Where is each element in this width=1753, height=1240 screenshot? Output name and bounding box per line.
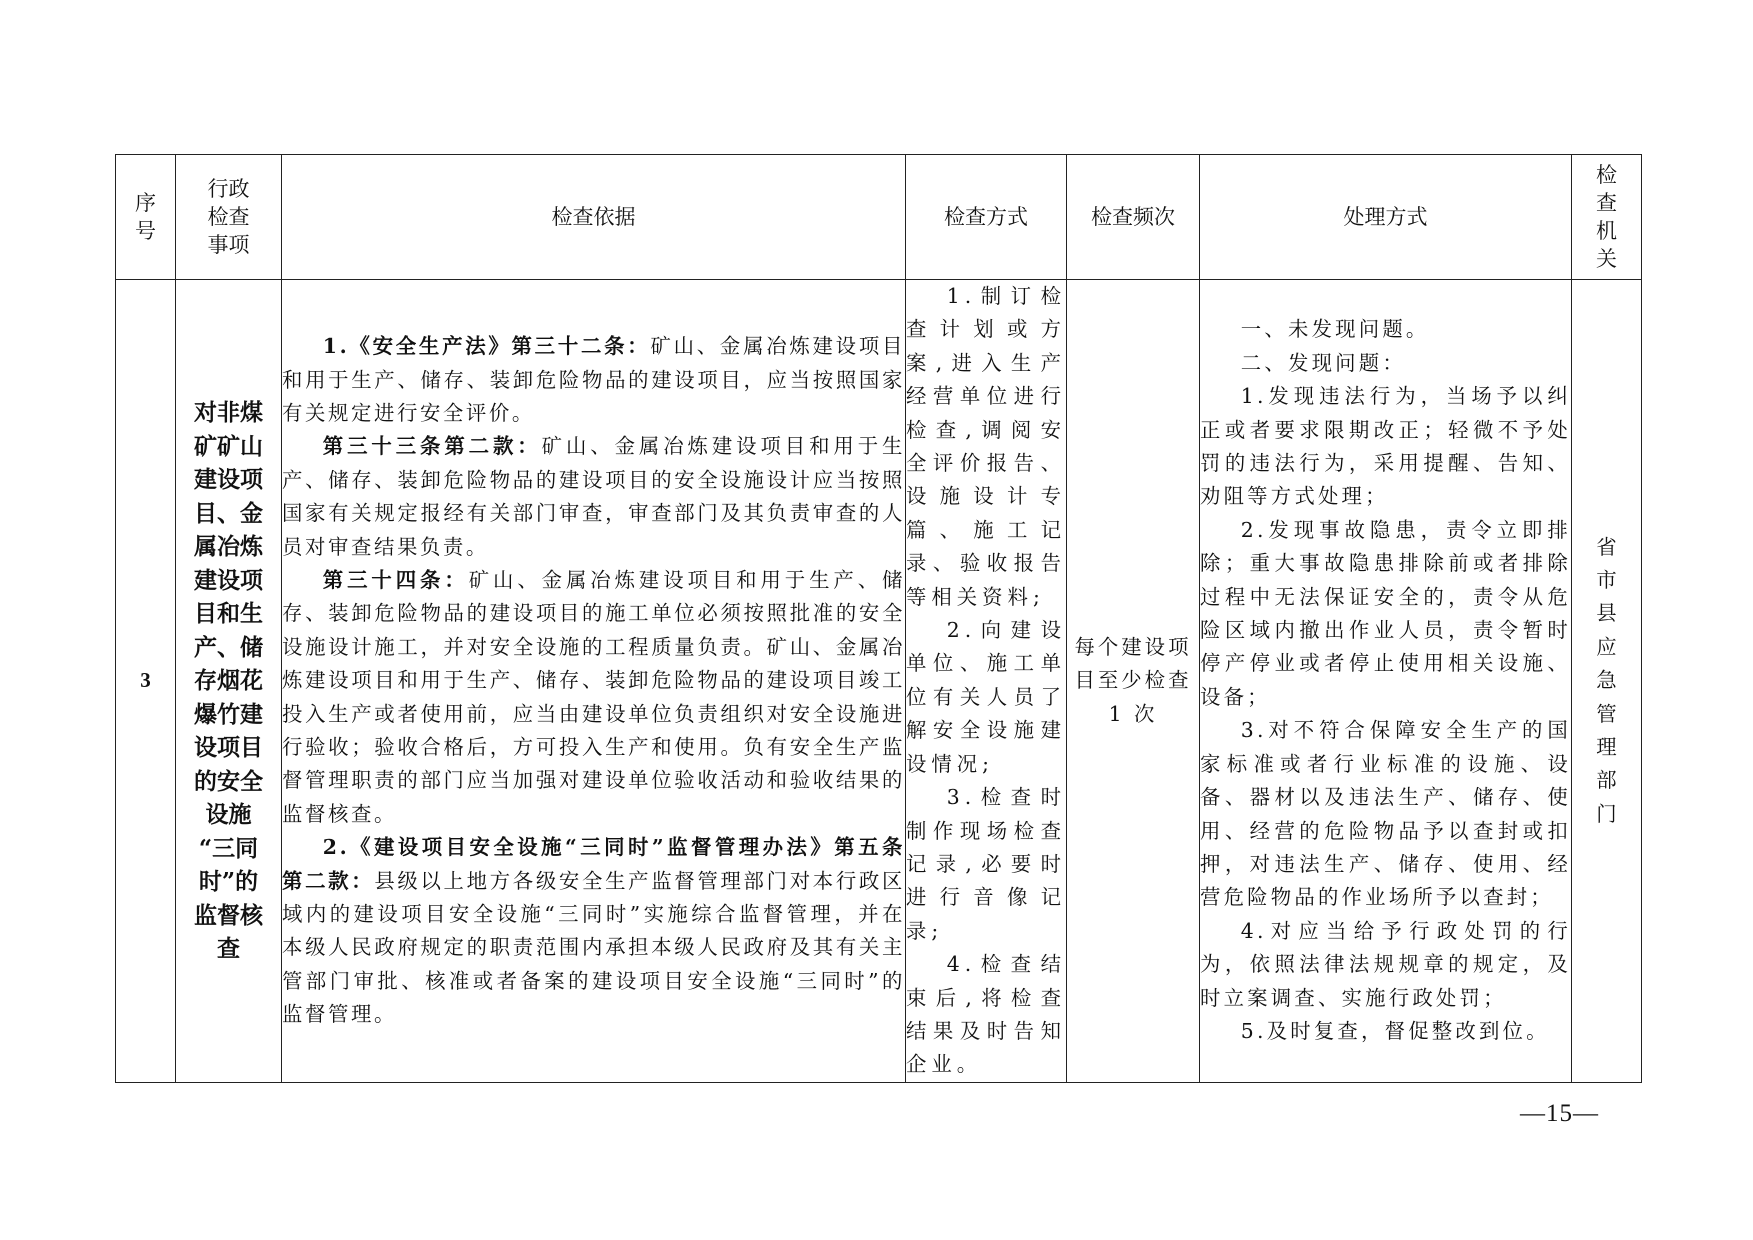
handling-line: 1.发现违法行为，当场予以纠正或者要求限期改正；轻微不予处罚的违法行为，采用提醒… [1200, 380, 1571, 514]
handling-line: 2.发现事故隐患，责令立即排除；重大事故隐患排除前或者排除过程中无法保证安全的，… [1200, 514, 1571, 714]
handling-line: 一、未发现问题。 [1200, 313, 1571, 346]
method-step: 3.检查时制作现场检查记录,必要时进行音像记录; [906, 781, 1066, 948]
basis-paragraph: 第三十四条：矿山、金属冶炼建设项目和用于生产、储存、装卸危险物品的建设项目的施工… [282, 564, 905, 831]
handling-line: 二、发现问题： [1200, 347, 1571, 380]
cell-item: 对非煤 矿矿山 建设项 目、金 属冶炼 建设项 目和生 产、储 存烟花 爆竹建 … [176, 280, 282, 1083]
header-frequency: 检查频次 [1067, 155, 1200, 280]
header-seq: 序 号 [116, 155, 176, 280]
header-agency: 检 查 机 关 [1572, 155, 1642, 280]
cell-method: 1.制订检查计划或方案,进入生产经营单位进行检查,调阅安全评价报告、设施设计专篇… [906, 280, 1067, 1083]
cell-agency: 省 市 县 应 急 管 理 部 门 [1572, 280, 1642, 1083]
method-step: 2.向建设单位、施工单位有关人员了解安全设施建设情况; [906, 614, 1066, 781]
cell-basis: 1.《安全生产法》第三十二条：矿山、金属冶炼建设项目和用于生产、储存、装卸危险物… [282, 280, 906, 1083]
inspection-table: 序 号 行政 检查 事项 检查依据 检查方式 检查频次 处理方式 检 查 机 关… [115, 154, 1642, 1083]
handling-line: 3.对不符合保障安全生产的国家标准或者行业标准的设施、设备、器材以及违法生产、储… [1200, 714, 1571, 914]
header-method: 检查方式 [906, 155, 1067, 280]
handling-line: 4.对应当给予行政处罚的行为，依照法律法规规章的规定，及时立案调查、实施行政处罚… [1200, 915, 1571, 1015]
table-row: 3 对非煤 矿矿山 建设项 目、金 属冶炼 建设项 目和生 产、储 存烟花 爆竹… [116, 280, 1642, 1083]
handling-line: 5.及时复查，督促整改到位。 [1200, 1015, 1571, 1048]
header-item: 行政 检查 事项 [176, 155, 282, 280]
page-number: —15— [1520, 1100, 1599, 1128]
method-step: 1.制订检查计划或方案,进入生产经营单位进行检查,调阅安全评价报告、设施设计专篇… [906, 280, 1066, 614]
table-header-row: 序 号 行政 检查 事项 检查依据 检查方式 检查频次 处理方式 检 查 机 关 [116, 155, 1642, 280]
basis-paragraph: 第三十三条第二款：矿山、金属冶炼建设项目和用于生产、储存、装卸危险物品的建设项目… [282, 430, 905, 564]
header-handling: 处理方式 [1200, 155, 1572, 280]
cell-handling: 一、未发现问题。 二、发现问题： 1.发现违法行为，当场予以纠正或者要求限期改正… [1200, 280, 1572, 1083]
method-step: 4.检查结束后,将检查结果及时告知企业。 [906, 948, 1066, 1082]
header-basis: 检查依据 [282, 155, 906, 280]
basis-paragraph: 2.《建设项目安全设施“三同时”监督管理办法》第五条第二款：县级以上地方各级安全… [282, 831, 905, 1031]
cell-frequency: 每个建设项目至少检查 1 次 [1067, 280, 1200, 1083]
cell-seq: 3 [116, 280, 176, 1083]
basis-paragraph: 1.《安全生产法》第三十二条：矿山、金属冶炼建设项目和用于生产、储存、装卸危险物… [282, 330, 905, 430]
